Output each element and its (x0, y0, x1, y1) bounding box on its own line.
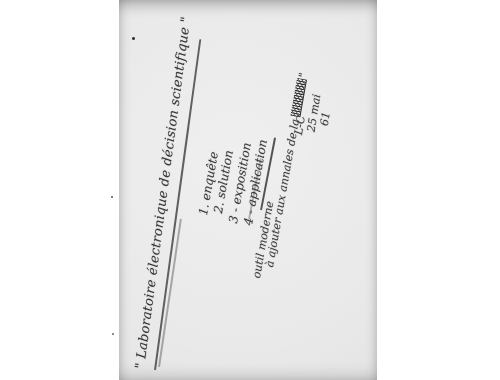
dust-speck-icon (112, 333, 114, 335)
dust-speck-icon (111, 196, 113, 198)
rotated-note-content: " Laboratoire électronique de décision s… (119, 0, 377, 380)
note-title: " Laboratoire électronique de décision s… (133, 16, 194, 370)
photo-of-handwritten-note: " Laboratoire électronique de décision s… (119, 0, 377, 380)
scan-page: " Laboratoire électronique de décision s… (0, 0, 500, 380)
signature-block: L-C 25 mai 61 (293, 92, 335, 140)
